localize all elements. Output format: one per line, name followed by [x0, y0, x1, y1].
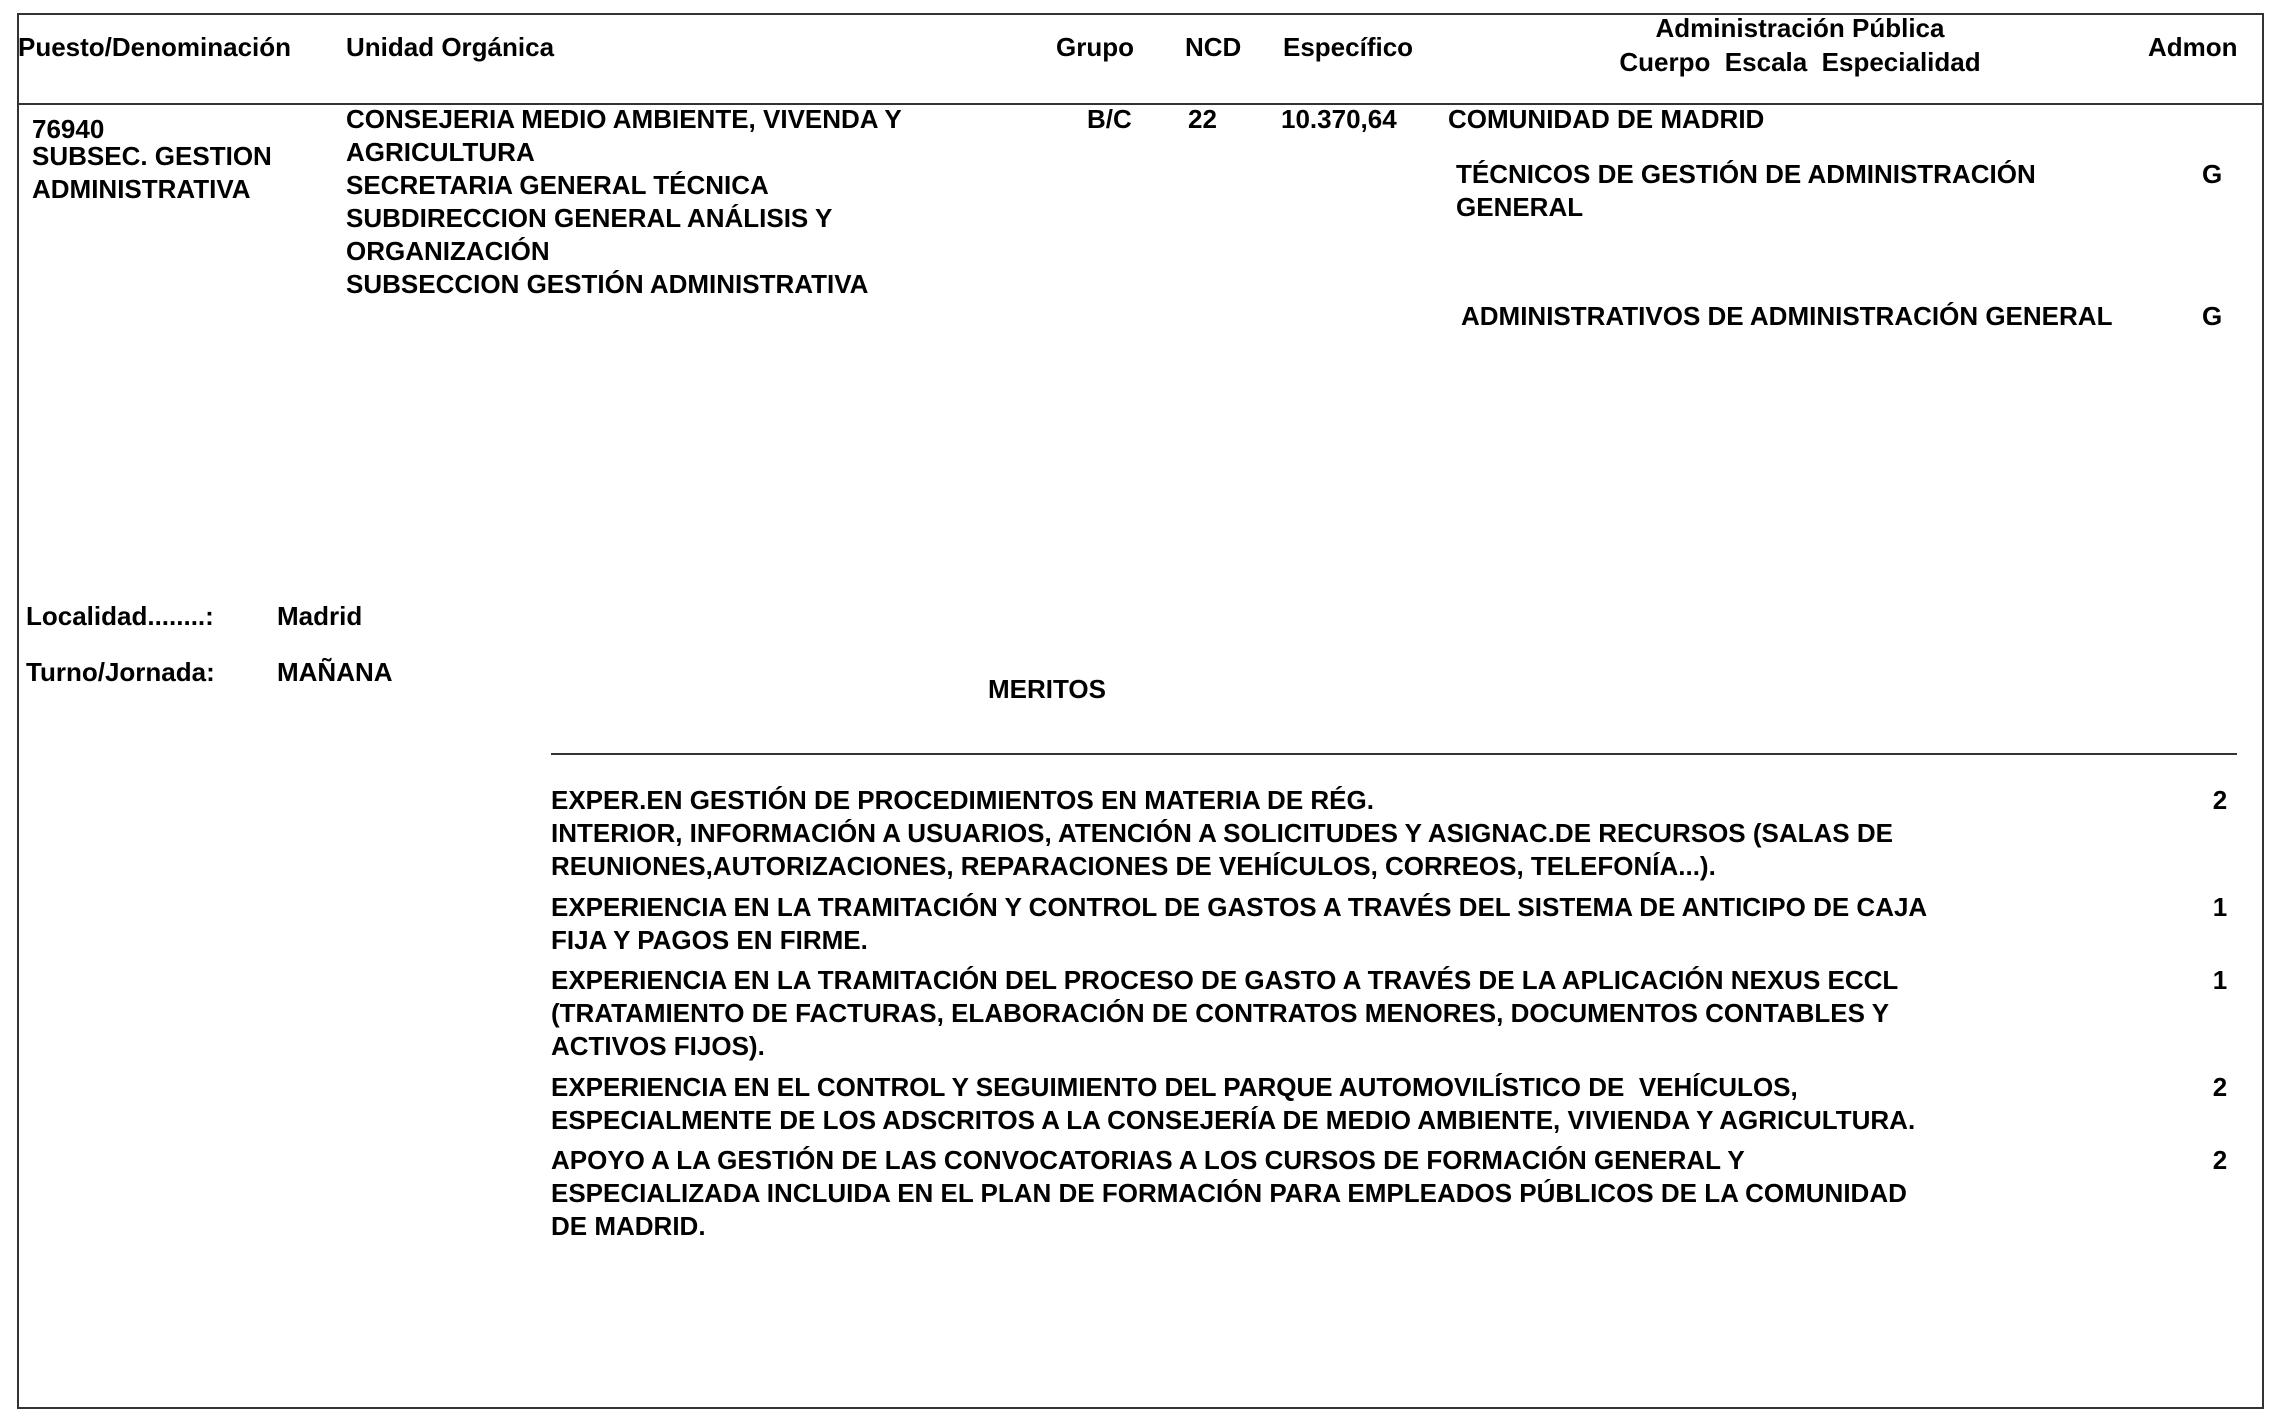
header-especifico: Específico	[1283, 32, 1413, 63]
localidad-value: Madrid	[277, 600, 362, 633]
merit-text-line: EXPER.EN GESTIÓN DE PROCEDIMIENTOS EN MA…	[551, 784, 2091, 817]
merit-text-line: FIJA Y PAGOS EN FIRME.	[551, 924, 2091, 957]
cuerpo-2-line1: ADMINISTRATIVOS DE ADMINISTRACIÓN GENERA…	[1461, 300, 2112, 333]
puesto-name-2: ADMINISTRATIVA	[32, 173, 251, 206]
merit-item: EXPERIENCIA EN EL CONTROL Y SEGUIMIENTO …	[551, 1071, 2091, 1137]
merit-text-line: ACTIVOS FIJOS).	[551, 1030, 2091, 1063]
merit-text-line: REUNIONES,AUTORIZACIONES, REPARACIONES D…	[551, 850, 2091, 883]
merit-item: EXPERIENCIA EN LA TRAMITACIÓN Y CONTROL …	[551, 891, 2091, 957]
merit-item: APOYO A LA GESTIÓN DE LAS CONVOCATORIAS …	[551, 1144, 2091, 1243]
cuerpo-2-admon: G	[2202, 300, 2222, 333]
header-admin-publica: Administración Pública	[1560, 13, 2040, 44]
header-ncd: NCD	[1185, 32, 1241, 63]
unidad-line: SECRETARIA GENERAL TÉCNICA	[346, 169, 902, 202]
merit-text-line: ESPECIALIZADA INCLUIDA EN EL PLAN DE FOR…	[551, 1177, 2091, 1210]
header-unidad: Unidad Orgánica	[346, 32, 554, 63]
header-cuerpo-escala: Cuerpo Escala Especialidad	[1560, 47, 2040, 78]
unidad-line: ORGANIZACIÓN	[346, 235, 902, 268]
merit-text-line: APOYO A LA GESTIÓN DE LAS CONVOCATORIAS …	[551, 1144, 2091, 1177]
merit-text-line: EXPERIENCIA EN LA TRAMITACIÓN DEL PROCES…	[551, 964, 2091, 997]
merit-text-line: ESPECIALMENTE DE LOS ADSCRITOS A LA CONS…	[551, 1104, 2091, 1137]
grupo-value: B/C	[1087, 103, 1132, 136]
turno-value: MAÑANA	[277, 656, 393, 689]
unidad-line: AGRICULTURA	[346, 136, 902, 169]
merit-score: 2	[2200, 784, 2240, 817]
merit-text-line: DE MADRID.	[551, 1210, 2091, 1243]
cuerpo-1-line2: GENERAL	[1456, 191, 1583, 224]
merit-text-line: EXPERIENCIA EN EL CONTROL Y SEGUIMIENTO …	[551, 1071, 2091, 1104]
merit-item: EXPER.EN GESTIÓN DE PROCEDIMIENTOS EN MA…	[551, 784, 2091, 883]
especifico-value: 10.370,64	[1281, 103, 1397, 136]
ncd-value: 22	[1188, 103, 1217, 136]
merit-text-line: (TRATAMIENTO DE FACTURAS, ELABORACIÓN DE…	[551, 997, 2091, 1030]
unidad-line: SUBSECCION GESTIÓN ADMINISTRATIVA	[346, 268, 902, 301]
meritos-divider	[551, 753, 2237, 755]
merit-score: 2	[2200, 1071, 2240, 1104]
header-puesto: Puesto/Denominación	[18, 32, 291, 63]
merit-score: 1	[2200, 891, 2240, 924]
localidad-label: Localidad........:	[26, 600, 214, 633]
puesto-name-1: SUBSEC. GESTION	[32, 140, 272, 173]
unidad-organica: CONSEJERIA MEDIO AMBIENTE, VIVENDA Y AGR…	[346, 103, 902, 301]
unidad-line: CONSEJERIA MEDIO AMBIENTE, VIVENDA Y	[346, 103, 902, 136]
header-grupo: Grupo	[1056, 32, 1134, 63]
unidad-line: SUBDIRECCION GENERAL ANÁLISIS Y	[346, 202, 902, 235]
meritos-title: MERITOS	[988, 673, 1106, 706]
merit-score: 1	[2200, 964, 2240, 997]
header-admon: Admon	[2148, 32, 2238, 63]
cuerpo-1-admon: G	[2202, 158, 2222, 191]
cuerpo-1-line1: TÉCNICOS DE GESTIÓN DE ADMINISTRACIÓN	[1456, 158, 2036, 191]
administracion-value: COMUNIDAD DE MADRID	[1448, 103, 1764, 136]
merit-text-line: EXPERIENCIA EN LA TRAMITACIÓN Y CONTROL …	[551, 891, 2091, 924]
turno-label: Turno/Jornada:	[26, 656, 215, 689]
merit-text-line: INTERIOR, INFORMACIÓN A USUARIOS, ATENCI…	[551, 817, 2091, 850]
merit-item: EXPERIENCIA EN LA TRAMITACIÓN DEL PROCES…	[551, 964, 2091, 1063]
merit-score: 2	[2200, 1144, 2240, 1177]
